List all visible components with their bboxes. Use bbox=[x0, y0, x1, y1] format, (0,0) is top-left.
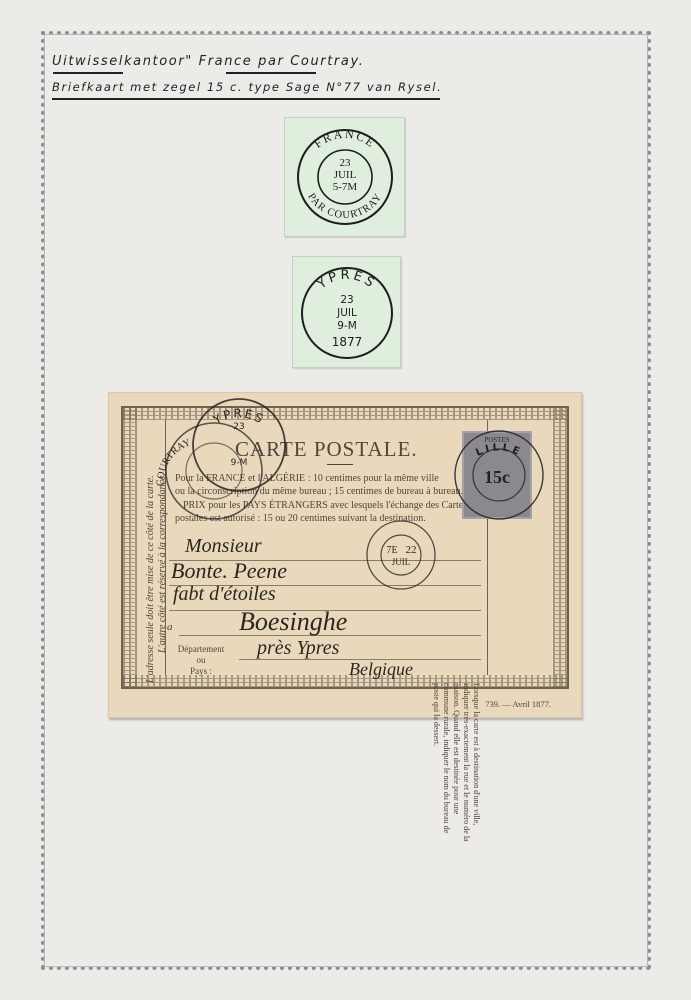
heading-underline-3 bbox=[52, 98, 440, 100]
page-heading-2: Briefkaart met zegel 15 c. type Sage N°7… bbox=[52, 80, 442, 94]
stamp-header: POSTES bbox=[464, 436, 530, 444]
left-side-text-1: L'adresse seule doit être mise de ce côt… bbox=[145, 475, 156, 683]
postmark-mount-france-par-courtray: FRANCE PAR COURTRAY 23 JUIL 5-7M bbox=[284, 117, 405, 237]
title-rule bbox=[327, 464, 353, 465]
postmark-mount-ypres: YPRES 23 JUIL 9-M 1877 bbox=[292, 256, 401, 368]
postcard-footer: 739. — Avril 1877. bbox=[485, 699, 551, 709]
handwritten-name: Bonte. Peene bbox=[171, 558, 287, 584]
right-side-instructions: Lorsque la carte est à destination d'une… bbox=[431, 683, 481, 843]
handwritten-town: Boesinghe bbox=[239, 607, 347, 637]
heading-underline-1 bbox=[53, 72, 123, 74]
handwritten-country: Belgique bbox=[349, 659, 413, 680]
svg-text:5-7M: 5-7M bbox=[333, 181, 358, 193]
departement-label: Département bbox=[169, 644, 233, 654]
postage-stamp-sage-15c: POSTES 15c bbox=[462, 431, 532, 519]
print-line-4: postales est autorisé : 15 ou 20 centime… bbox=[175, 513, 426, 524]
heading-underline-2 bbox=[226, 72, 316, 74]
postmark-ypres: YPRES 23 JUIL 9-M 1877 bbox=[293, 257, 400, 367]
postmark-france-par-courtray: FRANCE PAR COURTRAY 23 JUIL 5-7M bbox=[285, 118, 404, 236]
svg-text:YPRES: YPRES bbox=[314, 268, 379, 293]
address-prefix-a: a bbox=[167, 621, 173, 633]
svg-text:PAR COURTRAY: PAR COURTRAY bbox=[305, 192, 384, 222]
ou-label: ou bbox=[169, 655, 233, 665]
svg-text:9-M: 9-M bbox=[337, 320, 357, 332]
stamp-value: 15c bbox=[464, 467, 530, 488]
svg-text:23: 23 bbox=[340, 294, 353, 306]
postcard: L'adresse seule doit être mise de ce côt… bbox=[108, 392, 582, 718]
handwritten-monsieur: Monsieur bbox=[185, 535, 262, 558]
svg-text:1877: 1877 bbox=[332, 335, 363, 349]
postcard-title: CARTE POSTALE. bbox=[235, 437, 418, 462]
handwritten-occupation: fabt d'étoiles bbox=[173, 583, 276, 606]
svg-text:23: 23 bbox=[340, 157, 352, 169]
handwritten-near-ypres: près Ypres bbox=[257, 637, 339, 660]
print-line-1: Pour la FRANCE et l'ALGÉRIE : 10 centime… bbox=[175, 473, 439, 484]
svg-text:JUIL: JUIL bbox=[334, 169, 357, 181]
ornament-left bbox=[123, 408, 137, 687]
pays-label: Pays : bbox=[169, 666, 233, 676]
print-line-2: ou la circonscription du même bureau ; 1… bbox=[175, 486, 463, 497]
ornament-right bbox=[553, 408, 567, 687]
ornament-top bbox=[123, 408, 567, 420]
ornament-bottom bbox=[123, 675, 567, 687]
svg-text:JUIL: JUIL bbox=[336, 307, 357, 319]
print-line-3: PRIX pour les PAYS ÉTRANGERS avec lesque… bbox=[183, 500, 467, 511]
page-heading-1: Uitwisselkantoor" France par Courtray. bbox=[52, 54, 364, 69]
